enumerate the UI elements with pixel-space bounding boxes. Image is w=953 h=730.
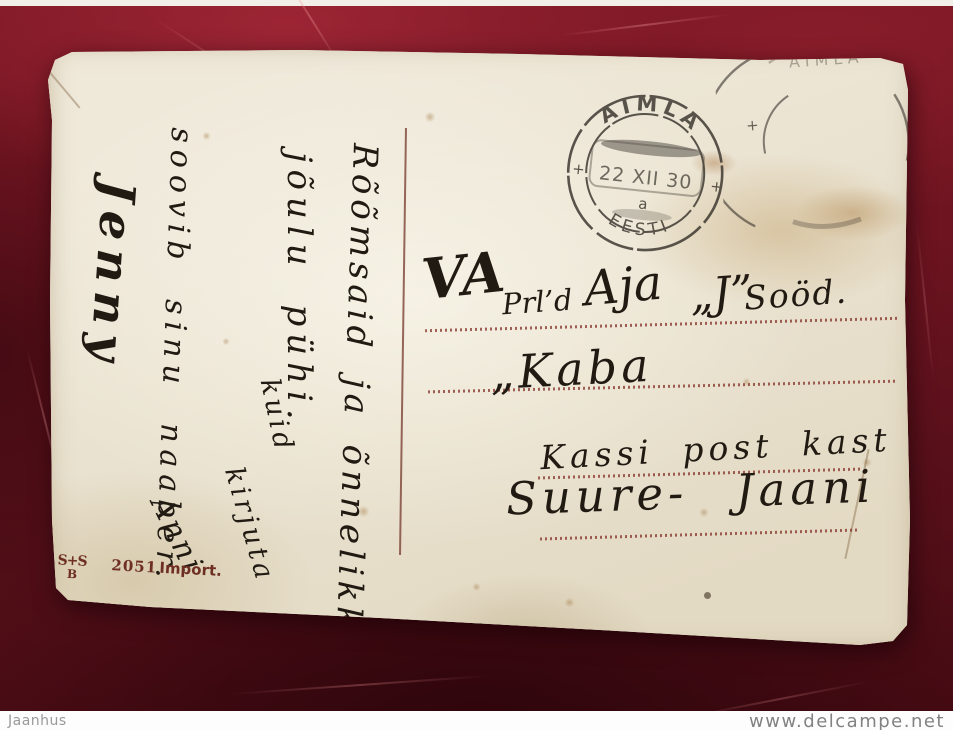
address-line-rule <box>425 317 900 332</box>
leather-crease <box>561 14 730 37</box>
address-line-rule <box>540 529 858 541</box>
address-title: Prl’d <box>501 286 573 320</box>
photo-top-border <box>0 0 953 6</box>
message-line-2: jõulu pühi. <box>282 152 316 427</box>
address-name-1: Aja <box>582 259 664 314</box>
foxing-spot <box>202 132 211 140</box>
divider-line <box>399 128 407 555</box>
leather-crease <box>691 681 868 711</box>
postmark-town: AIMLA <box>593 86 710 138</box>
postmark-smudge-arc <box>793 217 861 229</box>
ink-fleck <box>704 592 711 599</box>
postmark-secondary: + AIMLA <box>713 46 916 254</box>
postmark-partial-town: AIMLA <box>788 47 864 71</box>
foxing-spot <box>222 338 230 345</box>
foxing-spot <box>564 598 575 607</box>
publisher-import-label: Import. <box>159 559 222 580</box>
postcard-wrapper: AIMLA EESTI 22 XII 30 a + + <box>44 40 919 655</box>
postmark-date: 22 XII 30 <box>598 162 693 194</box>
postcard: AIMLA EESTI 22 XII 30 a + + <box>44 40 919 655</box>
message-signature: Jenny <box>83 179 142 371</box>
leather-background: AIMLA EESTI 22 XII 30 a + + <box>0 0 953 711</box>
postmark-secondary-svg: + AIMLA <box>713 46 916 254</box>
message-line-4: kirjuta <box>220 464 279 585</box>
publisher-number: 2051 <box>111 556 158 576</box>
publisher-monogram-sub: B <box>67 567 78 582</box>
watermark-bar: Jaanhus www.delcampe.net <box>0 711 953 730</box>
address-name-2: Soöd. <box>743 274 849 314</box>
leather-crease <box>230 675 490 695</box>
address-honorific: VA <box>419 244 507 308</box>
foxing-spot <box>472 583 481 591</box>
site-watermark: www.delcampe.net <box>749 711 945 730</box>
postmark-cross-left: + <box>571 159 585 178</box>
foxing-spot <box>424 112 436 122</box>
postmark-arc <box>761 96 792 154</box>
postmark-cross: + <box>746 116 760 135</box>
address-town: Suure- Jaani <box>505 464 876 522</box>
corner-crease <box>46 67 81 108</box>
seller-watermark: Jaanhus <box>8 713 67 729</box>
postmark-index-letter: a <box>637 195 648 214</box>
postmark-main: AIMLA EESTI 22 XII 30 a + + <box>551 77 739 274</box>
message-line-1: Rõõmsaid ja õnnelikka <box>330 143 382 658</box>
postmark-main-svg: AIMLA EESTI 22 XII 30 a + + <box>551 77 739 274</box>
postmark-smudge <box>600 136 701 160</box>
postmark-arc <box>894 94 910 162</box>
address-farm-name: „Kaba <box>489 342 654 396</box>
